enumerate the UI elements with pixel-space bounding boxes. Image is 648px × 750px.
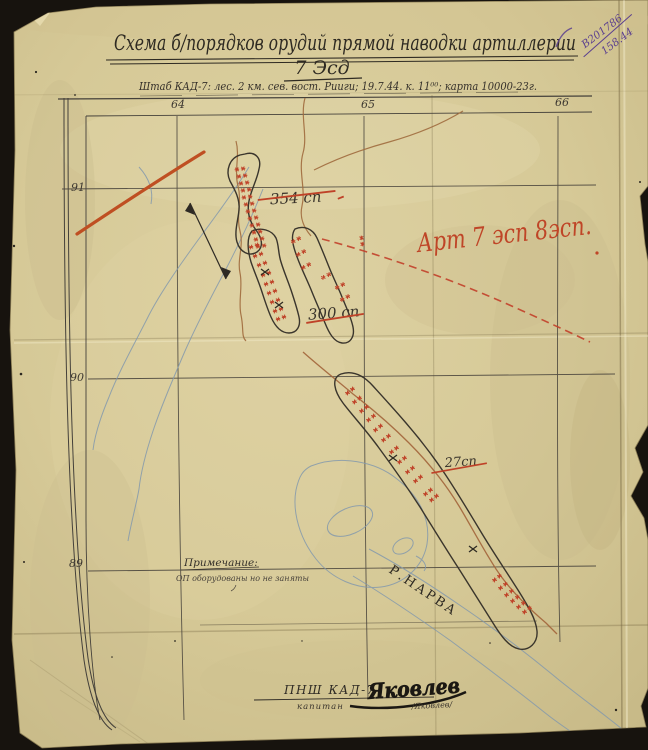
grid-x-label-66: 66	[555, 96, 569, 109]
note-body: ОП оборудованы но не заняты	[176, 574, 309, 583]
grid-y-label-89: 89	[69, 557, 83, 570]
grid-y-label-91: 91	[71, 181, 85, 194]
signature-role: ПНШ КАД-7	[283, 683, 376, 697]
grid-x-label-64: 64	[171, 98, 185, 111]
page-subtitle: 7 Эсд	[294, 57, 349, 79]
signature-rank: капитан	[297, 702, 344, 712]
map-canvas: Схема б/порядков орудий прямой наводки а…	[0, 0, 648, 750]
scanned-map-document: Схема б/порядков орудий прямой наводки а…	[0, 0, 648, 750]
regiment-label-300-text: 300 сп	[307, 302, 360, 324]
header-info-line: Штаб КАД-7: лес. 2 км. сев. вост. Рииги;…	[138, 80, 537, 93]
grid-y-label-90: 90	[70, 371, 84, 384]
grid-x-label-65: 65	[361, 98, 375, 111]
red-annotation-dot	[595, 251, 598, 254]
page-title: Схема б/порядков орудий прямой наводки а…	[114, 31, 576, 55]
